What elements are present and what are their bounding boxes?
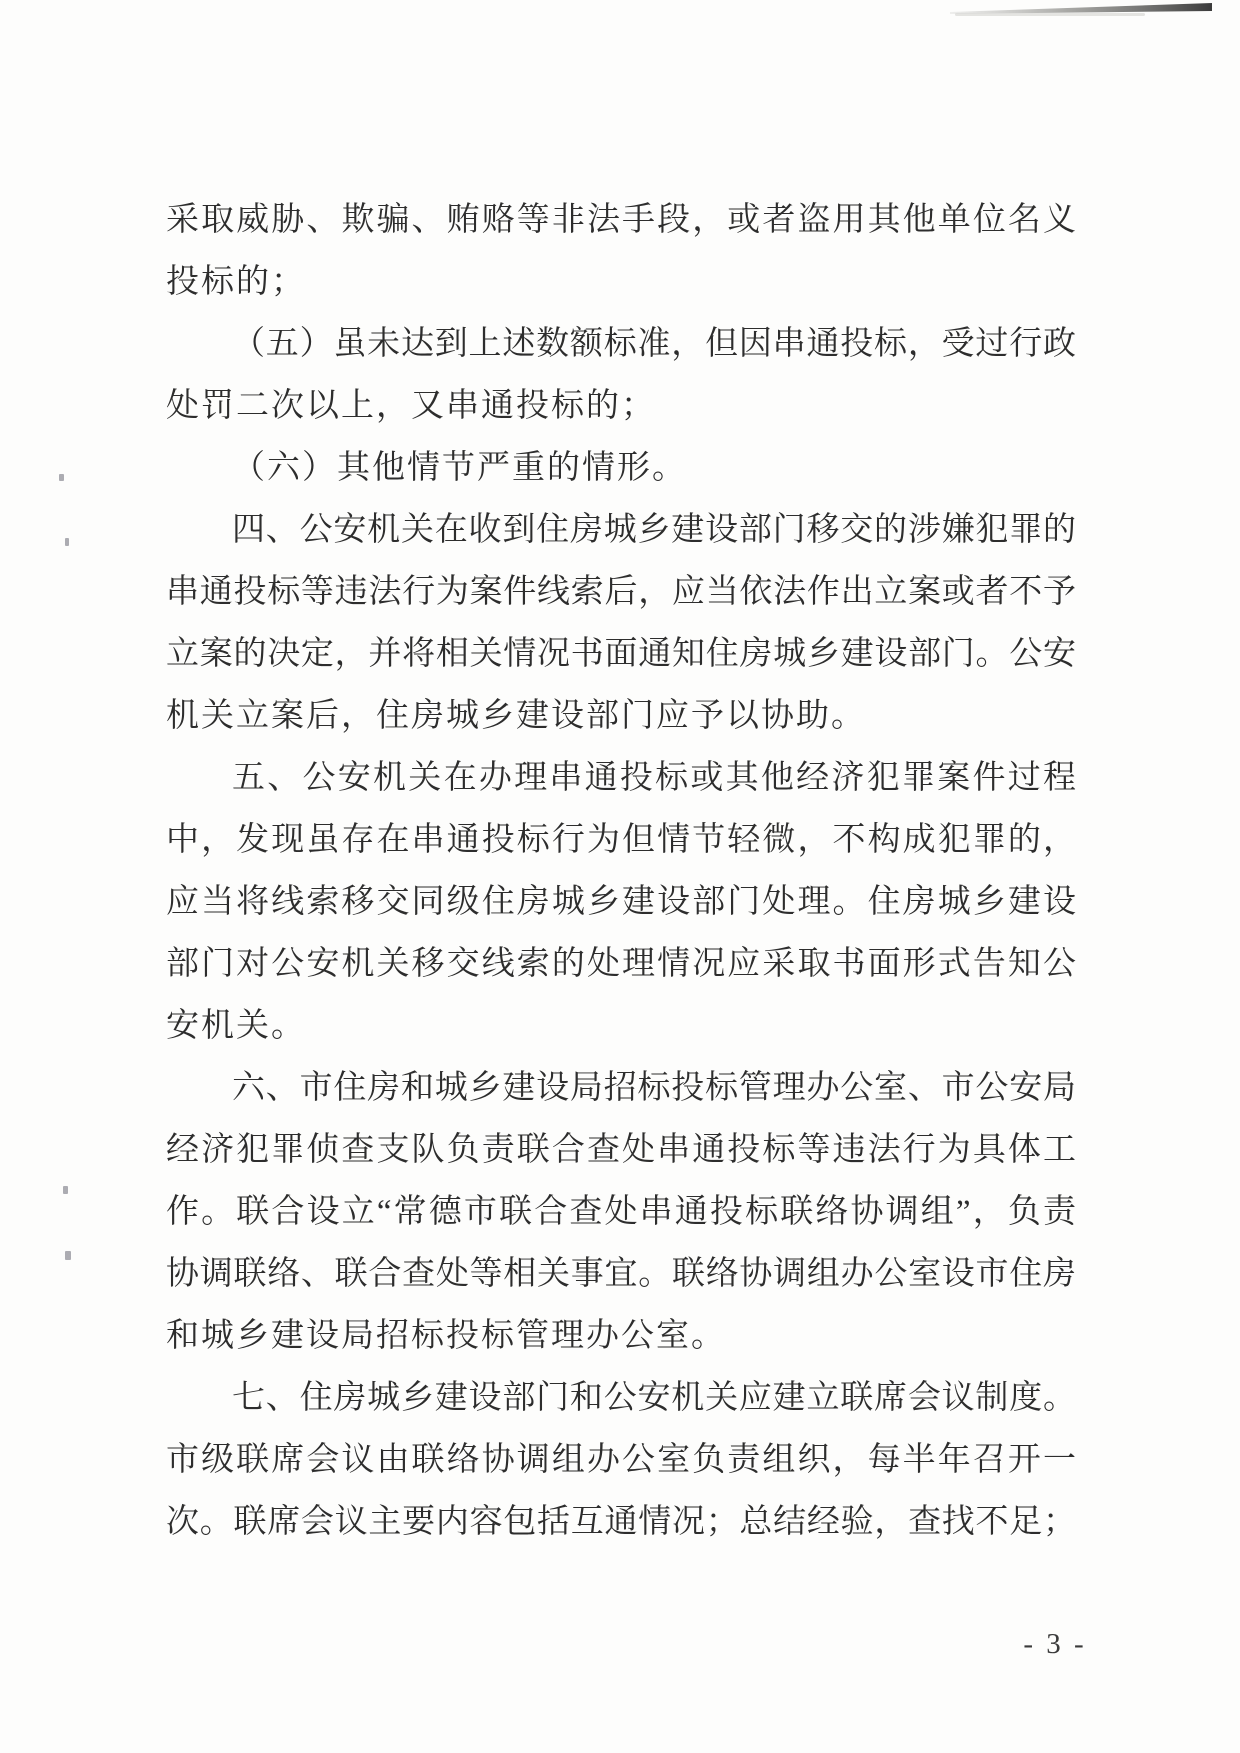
scan-artifact-shadow — [955, 13, 1145, 16]
text-line: 四、公安机关在收到住房城乡建设部门移交的涉嫌犯罪的 — [166, 499, 1076, 561]
text-line: 部门对公安机关移交线索的处理情况应采取书面形式告知公 — [166, 933, 1076, 995]
text-line: 市级联席会议由联络协调组办公室负责组织，每半年召开一 — [166, 1429, 1076, 1491]
text-line: 应当将线索移交同级住房城乡建设部门处理。住房城乡建设 — [166, 871, 1076, 933]
text-line: 七、住房城乡建设部门和公安机关应建立联席会议制度。 — [166, 1367, 1076, 1429]
scan-speck — [65, 1251, 71, 1260]
text-line: 投标的； — [166, 251, 1076, 313]
text-line: （六）其他情节严重的情形。 — [166, 437, 1076, 499]
document-page: 采取威胁、欺骗、贿赂等非法手段，或者盗用其他单位名义投标的；（五）虽未达到上述数… — [0, 0, 1240, 1753]
text-line: 立案的决定，并将相关情况书面通知住房城乡建设部门。公安 — [166, 623, 1076, 685]
scan-speck — [63, 1186, 68, 1194]
text-line: 处罚二次以上，又串通投标的； — [166, 375, 1076, 437]
text-line: 和城乡建设局招标投标管理办公室。 — [166, 1305, 1076, 1367]
text-line: 串通投标等违法行为案件线索后，应当依法作出立案或者不予 — [166, 561, 1076, 623]
text-line: 次。联席会议主要内容包括互通情况；总结经验，查找不足； — [166, 1491, 1076, 1553]
scan-speck — [65, 538, 69, 546]
text-line: 机关立案后，住房城乡建设部门应予以协助。 — [166, 685, 1076, 747]
text-line: 安机关。 — [166, 995, 1076, 1057]
text-line: 五、公安机关在办理串通投标或其他经济犯罪案件过程 — [166, 747, 1076, 809]
scan-speck — [59, 474, 64, 481]
text-line: 协调联络、联合查处等相关事宜。联络协调组办公室设市住房 — [166, 1243, 1076, 1305]
text-line: （五）虽未达到上述数额标准，但因串通投标，受过行政 — [166, 313, 1076, 375]
text-line: 作。联合设立“常德市联合查处串通投标联络协调组”，负责 — [166, 1181, 1076, 1243]
text-line: 六、市住房和城乡建设局招标投标管理办公室、市公安局 — [166, 1057, 1076, 1119]
page-number: - 3 - — [1000, 1628, 1110, 1661]
scan-artifact-streak — [950, 0, 1218, 20]
document-body: 采取威胁、欺骗、贿赂等非法手段，或者盗用其他单位名义投标的；（五）虽未达到上述数… — [166, 189, 1076, 1553]
text-line: 中，发现虽存在串通投标行为但情节轻微，不构成犯罪的， — [166, 809, 1076, 871]
text-line: 采取威胁、欺骗、贿赂等非法手段，或者盗用其他单位名义 — [166, 189, 1076, 251]
text-line: 经济犯罪侦查支队负责联合查处串通投标等违法行为具体工 — [166, 1119, 1076, 1181]
